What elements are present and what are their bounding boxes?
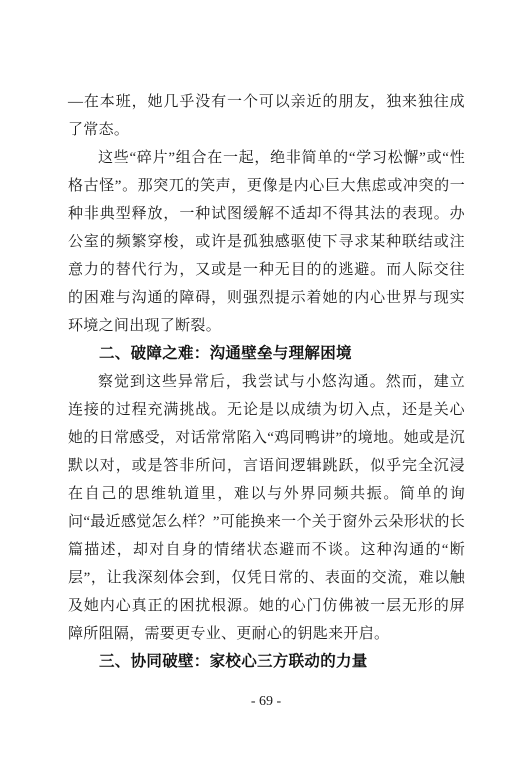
- paragraph-fragments-analysis: 这些“碎片”组合在一起，绝非简单的“学习松懈”或“性格古怪”。那突兀的笑声，更像…: [68, 144, 465, 340]
- page-content: —在本班，她几乎没有一个可以亲近的朋友，独来独往成了常态。 这些“碎片”组合在一…: [68, 88, 465, 676]
- paragraph-continuation: —在本班，她几乎没有一个可以亲近的朋友，独来独往成了常态。: [68, 88, 465, 144]
- section-heading-3: 三、协同破壁：家校心三方联动的力量: [68, 648, 465, 676]
- document-page: —在本班，她几乎没有一个可以亲近的朋友，独来独往成了常态。 这些“碎片”组合在一…: [0, 0, 532, 768]
- section-heading-2: 二、破障之难：沟通壁垒与理解困境: [68, 340, 465, 368]
- page-number: - 69 -: [0, 694, 532, 710]
- paragraph-communication-difficulty: 察觉到这些异常后，我尝试与小悠沟通。然而，建立连接的过程充满挑战。无论是以成绩为…: [68, 368, 465, 648]
